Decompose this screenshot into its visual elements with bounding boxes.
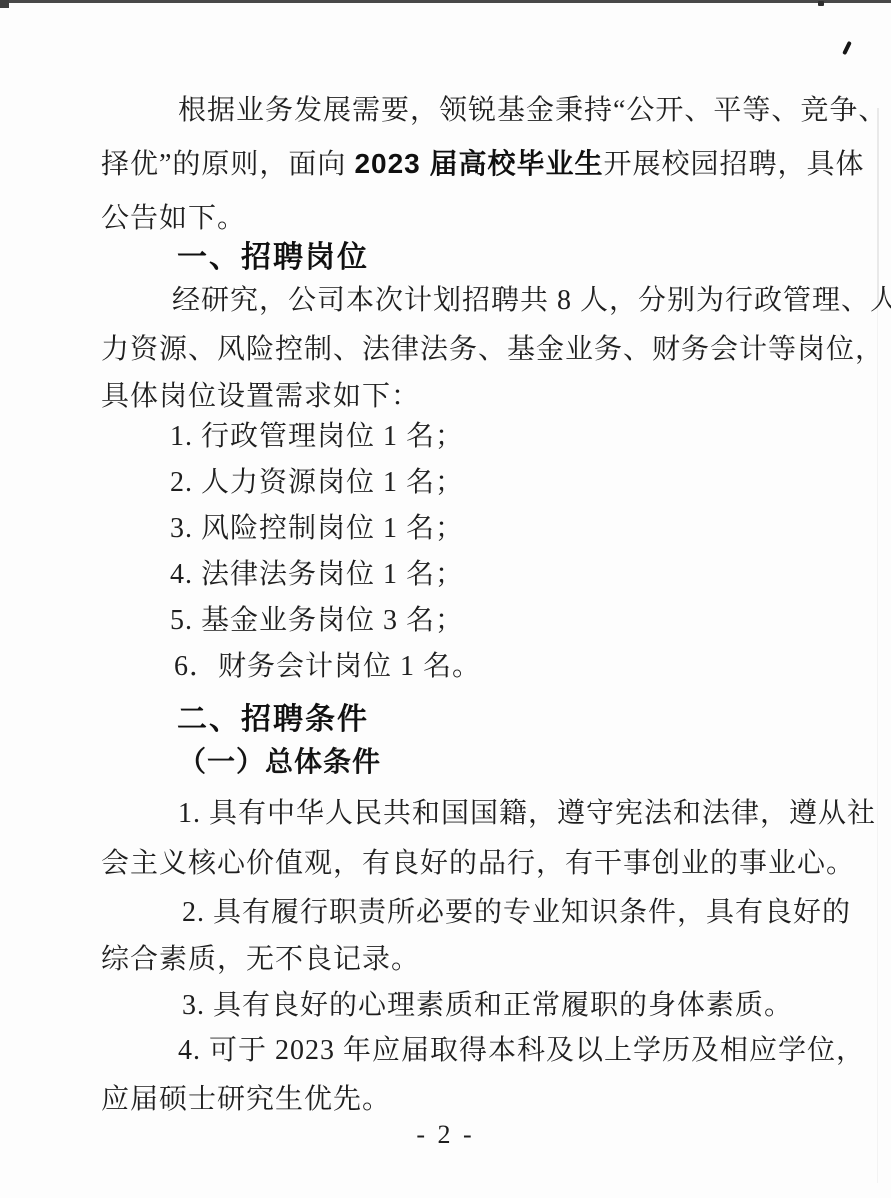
scanned-document-page: 根据业务发展需要，领锐基金秉持“公开、平等、竞争、 择优”的原则，面向 2023…	[0, 0, 891, 1198]
position-item-fund: 5. 基金业务岗位 3 名；	[170, 598, 464, 638]
position-item-hr: 2. 人力资源岗位 1 名；	[170, 460, 464, 500]
position-item-legal: 4. 法律法务岗位 1 名；	[170, 552, 464, 592]
heading-recruitment-positions: 一、招聘岗位	[177, 232, 369, 276]
condition-4-line-1: 4. 可于 2023 年应届取得本科及以上学历及相应学位，	[178, 1028, 865, 1068]
positions-para-line-1: 经研究，公司本次计划招聘共 8 人，分别为行政管理、人	[172, 278, 891, 318]
condition-1-line-2: 会主义核心价值观，有良好的品行，有干事创业的事业心。	[101, 841, 855, 881]
page-number: - 2 -	[0, 1120, 891, 1150]
scan-top-left-corner-mark	[0, 0, 9, 8]
condition-2-line-1: 2. 具有履行职责所必要的专业知识条件，具有良好的	[182, 890, 851, 930]
positions-para-line-2: 力资源、风险控制、法律法务、基金业务、财务会计等岗位，	[101, 327, 884, 367]
position-item-finance: 6．财务会计岗位 1 名。	[174, 644, 481, 684]
position-item-risk: 3. 风险控制岗位 1 名；	[170, 506, 464, 546]
condition-4-line-2: 应届硕士研究生优先。	[101, 1077, 391, 1117]
intro-line-2: 择优”的原则，面向 2023 届高校毕业生开展校园招聘，具体	[101, 142, 865, 182]
intro-line-2-bold-graduates: 2023 届高校毕业生	[354, 148, 603, 179]
subheading-general-conditions: （一）总体条件	[178, 740, 381, 780]
scan-comma-mark	[842, 41, 852, 55]
intro-line-3: 公告如下。	[101, 196, 246, 236]
heading-recruitment-conditions: 二、招聘条件	[177, 694, 369, 738]
condition-1-line-1: 1. 具有中华人民共和国国籍，遵守宪法和法律，遵从社	[178, 791, 876, 831]
condition-3-line: 3. 具有良好的心理素质和正常履职的身体素质。	[182, 983, 793, 1023]
scan-top-edge-strip	[0, 0, 891, 3]
scan-right-shadow-line-faint	[877, 303, 878, 1183]
scan-right-shadow-line	[877, 108, 879, 303]
intro-line-2-post: 开展校园招聘，具体	[604, 149, 865, 180]
intro-line-2-pre: 择优”的原则，面向	[101, 149, 354, 180]
positions-para-line-3: 具体岗位设置需求如下：	[101, 374, 420, 414]
condition-2-line-2: 综合素质，无不良记录。	[101, 937, 420, 977]
scan-speck-mark	[818, 1, 824, 6]
intro-line-1: 根据业务发展需要，领锐基金秉持“公开、平等、竞争、	[178, 88, 887, 128]
position-item-admin: 1. 行政管理岗位 1 名；	[170, 414, 464, 454]
